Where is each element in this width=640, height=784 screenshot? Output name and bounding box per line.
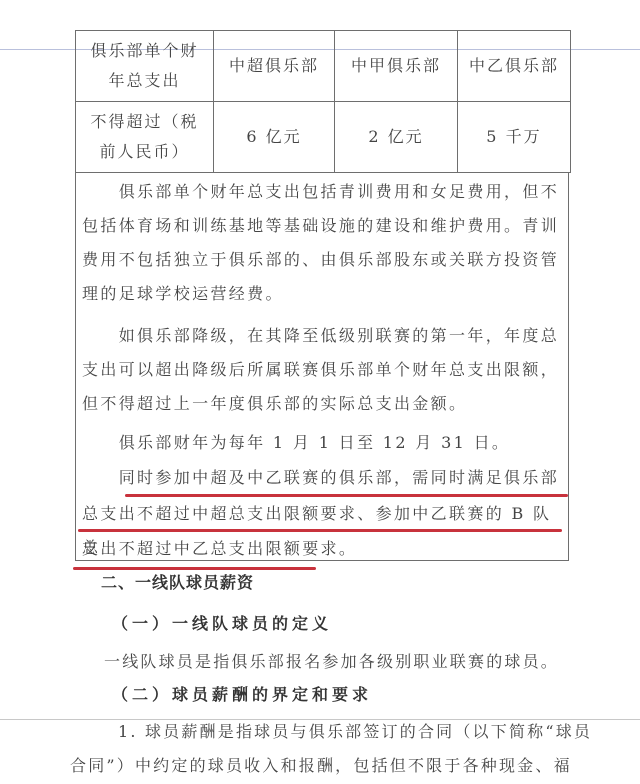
column-header-csl: 中超俱乐部 <box>214 31 335 102</box>
row-header-cell: 俱乐部单个财 年总支出 <box>76 31 214 102</box>
table-header-row: 俱乐部单个财 年总支出 中超俱乐部 中甲俱乐部 中乙俱乐部 <box>76 31 571 102</box>
expense-limit-table: 俱乐部单个财 年总支出 中超俱乐部 中甲俱乐部 中乙俱乐部 不得超过（税 前人民… <box>75 30 571 173</box>
section-heading: 二、一线队球员薪资 <box>101 570 254 593</box>
row-header-line: 俱乐部单个财 <box>80 36 209 66</box>
highlight-underline <box>125 494 568 497</box>
note-line: 支出不超过中乙总支出限额要求。 <box>82 532 568 566</box>
note-line: 俱乐部财年为每年 1 月 1 日至 12 月 31 日。 <box>82 426 568 460</box>
note-line: 包括体育场和训练基地等基础设施的建设和维护费用。青训 <box>82 209 568 243</box>
value-csl: 6 亿元 <box>214 102 335 173</box>
body-line: 合同”）中约定的球员收入和报酬，包括但不限于各种现金、福 <box>70 753 572 776</box>
row-header-cell: 不得超过（税 前人民币） <box>76 102 214 173</box>
note-line: 支出可以超出降级后所属联赛俱乐部单个财年总支出限额， <box>82 353 568 387</box>
row-header-line: 不得超过（税 <box>80 107 209 137</box>
value-league-one: 2 亿元 <box>335 102 458 173</box>
column-header-league-two: 中乙俱乐部 <box>457 31 570 102</box>
body-line: 一线队球员是指俱乐部报名参加各级别职业联赛的球员。 <box>104 649 559 672</box>
row-header-line: 前人民币） <box>80 137 209 167</box>
note-line: 理的足球学校运营经费。 <box>82 277 568 311</box>
note-line: 俱乐部单个财年总支出包括青训费用和女足费用，但不 <box>82 175 568 209</box>
highlight-underline <box>78 529 562 532</box>
note-line: 如俱乐部降级，在其降至低级别联赛的第一年，年度总 <box>82 319 568 353</box>
note-line: 但不得超过上一年度俱乐部的实际总支出金额。 <box>82 387 568 421</box>
subsection-heading: （二）球员薪酬的界定和要求 <box>112 682 372 705</box>
note-line: 同时参加中超及中乙联赛的俱乐部，需同时满足俱乐部 <box>82 461 568 495</box>
column-header-league-one: 中甲俱乐部 <box>335 31 458 102</box>
row-header-line: 年总支出 <box>80 66 209 96</box>
note-line: 费用不包括独立于俱乐部的、由俱乐部股东或关联方投资管 <box>82 243 568 277</box>
table-value-row: 不得超过（税 前人民币） 6 亿元 2 亿元 5 千万 <box>76 102 571 173</box>
value-league-two: 5 千万 <box>457 102 570 173</box>
body-line: 1. 球员薪酬是指球员与俱乐部签订的合同（以下简称“球员 <box>118 719 592 742</box>
subsection-heading: （一）一线队球员的定义 <box>112 611 332 634</box>
